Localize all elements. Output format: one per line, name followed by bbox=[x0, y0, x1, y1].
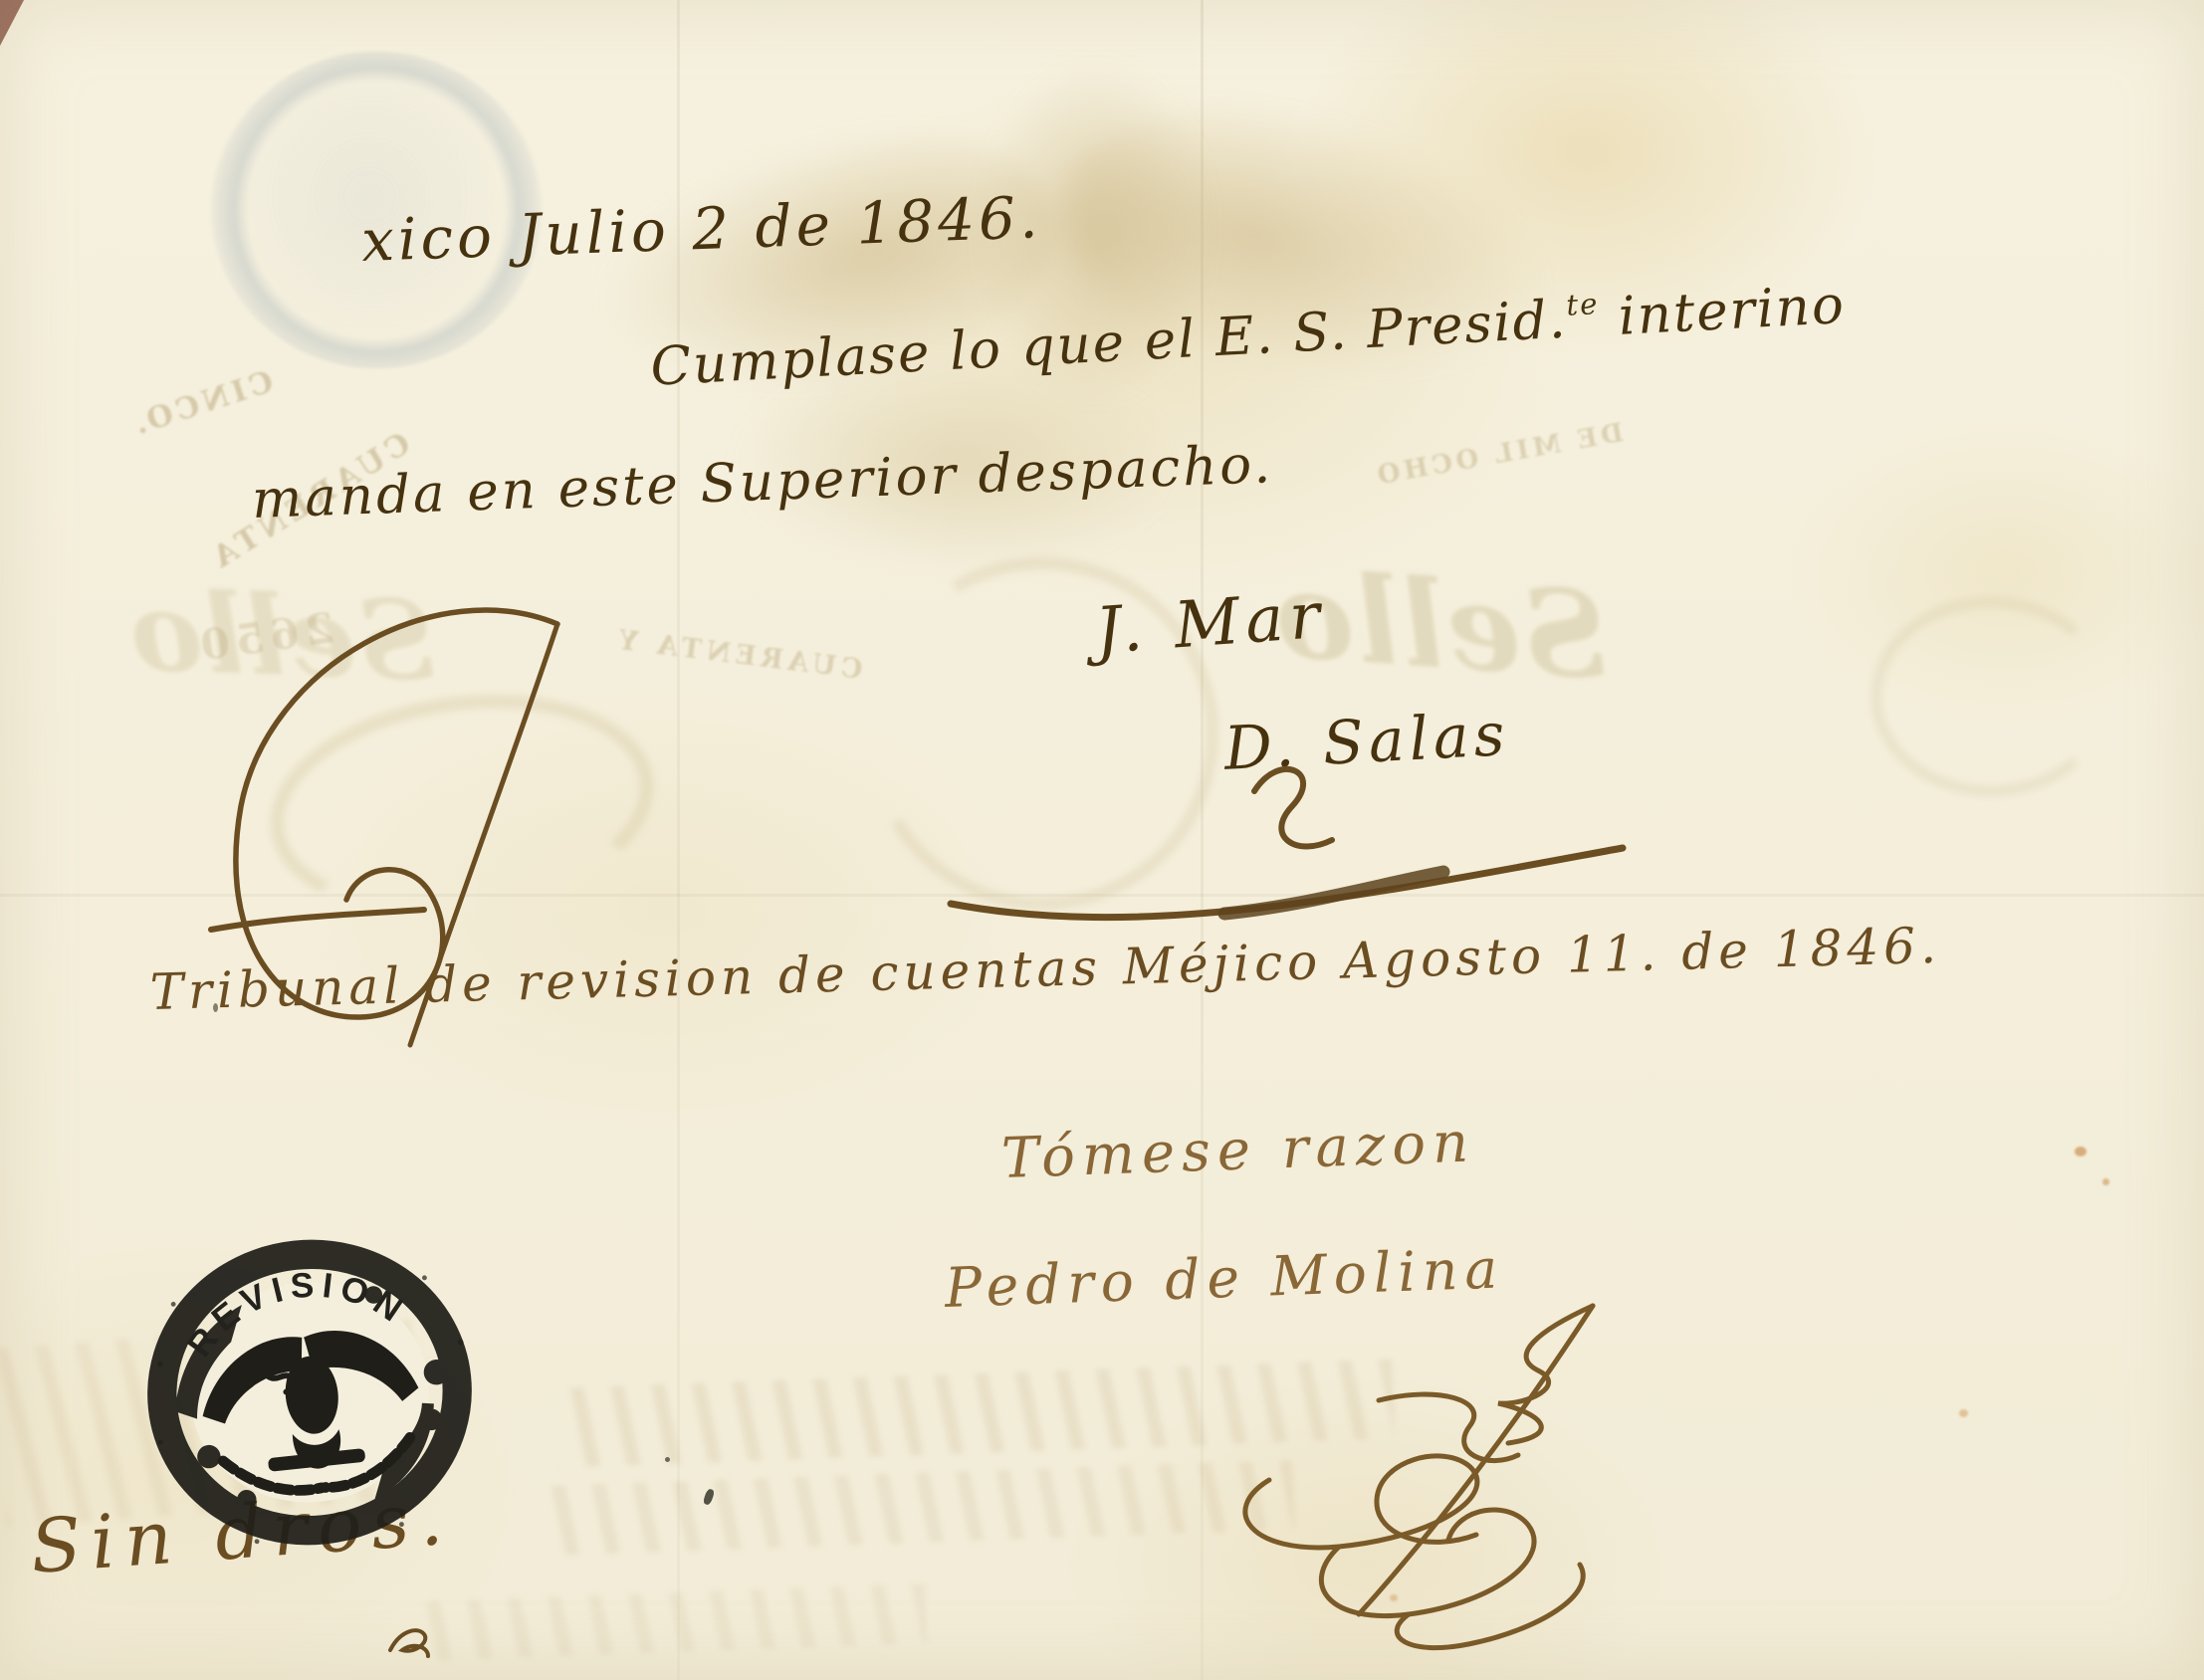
paraph-mark bbox=[384, 1620, 434, 1662]
order-line-1: Cumplase lo que el E. S. Presid.te inter… bbox=[649, 274, 1847, 398]
handwriting-showthrough bbox=[427, 1583, 927, 1660]
rust-spot bbox=[1959, 1409, 1968, 1417]
showthrough-text: CINCO. bbox=[126, 364, 278, 443]
corner-mark bbox=[0, 0, 24, 46]
order-line-1-superscript: te bbox=[1566, 287, 1601, 322]
order-line-1-pre: Cumplase lo que el E. S. Presid. bbox=[649, 290, 1569, 398]
rust-spot bbox=[2102, 1178, 2109, 1185]
manuscript-page: CINCO. CUARENTA CUARENTA Y DE MIL OCHO S… bbox=[0, 0, 2204, 1680]
dateline-text: xico Julio 2 de 1846. bbox=[360, 183, 1042, 275]
showthrough-text: DE MIL OCHO bbox=[1372, 418, 1627, 492]
ornament-showthrough bbox=[1872, 597, 2110, 796]
revision-stamp: REVISION bbox=[128, 1216, 491, 1570]
handwriting-showthrough bbox=[537, 1460, 1295, 1556]
rust-spot bbox=[2075, 1147, 2087, 1156]
order-line-1-post: interino bbox=[1598, 275, 1847, 348]
tomese-line: Tómese razon bbox=[1000, 1110, 1476, 1191]
molina-rubric-flourish bbox=[1210, 1286, 1638, 1664]
salas-rubric-flourish bbox=[926, 736, 1643, 936]
showthrough-text: CUARENTA Y bbox=[612, 624, 864, 685]
